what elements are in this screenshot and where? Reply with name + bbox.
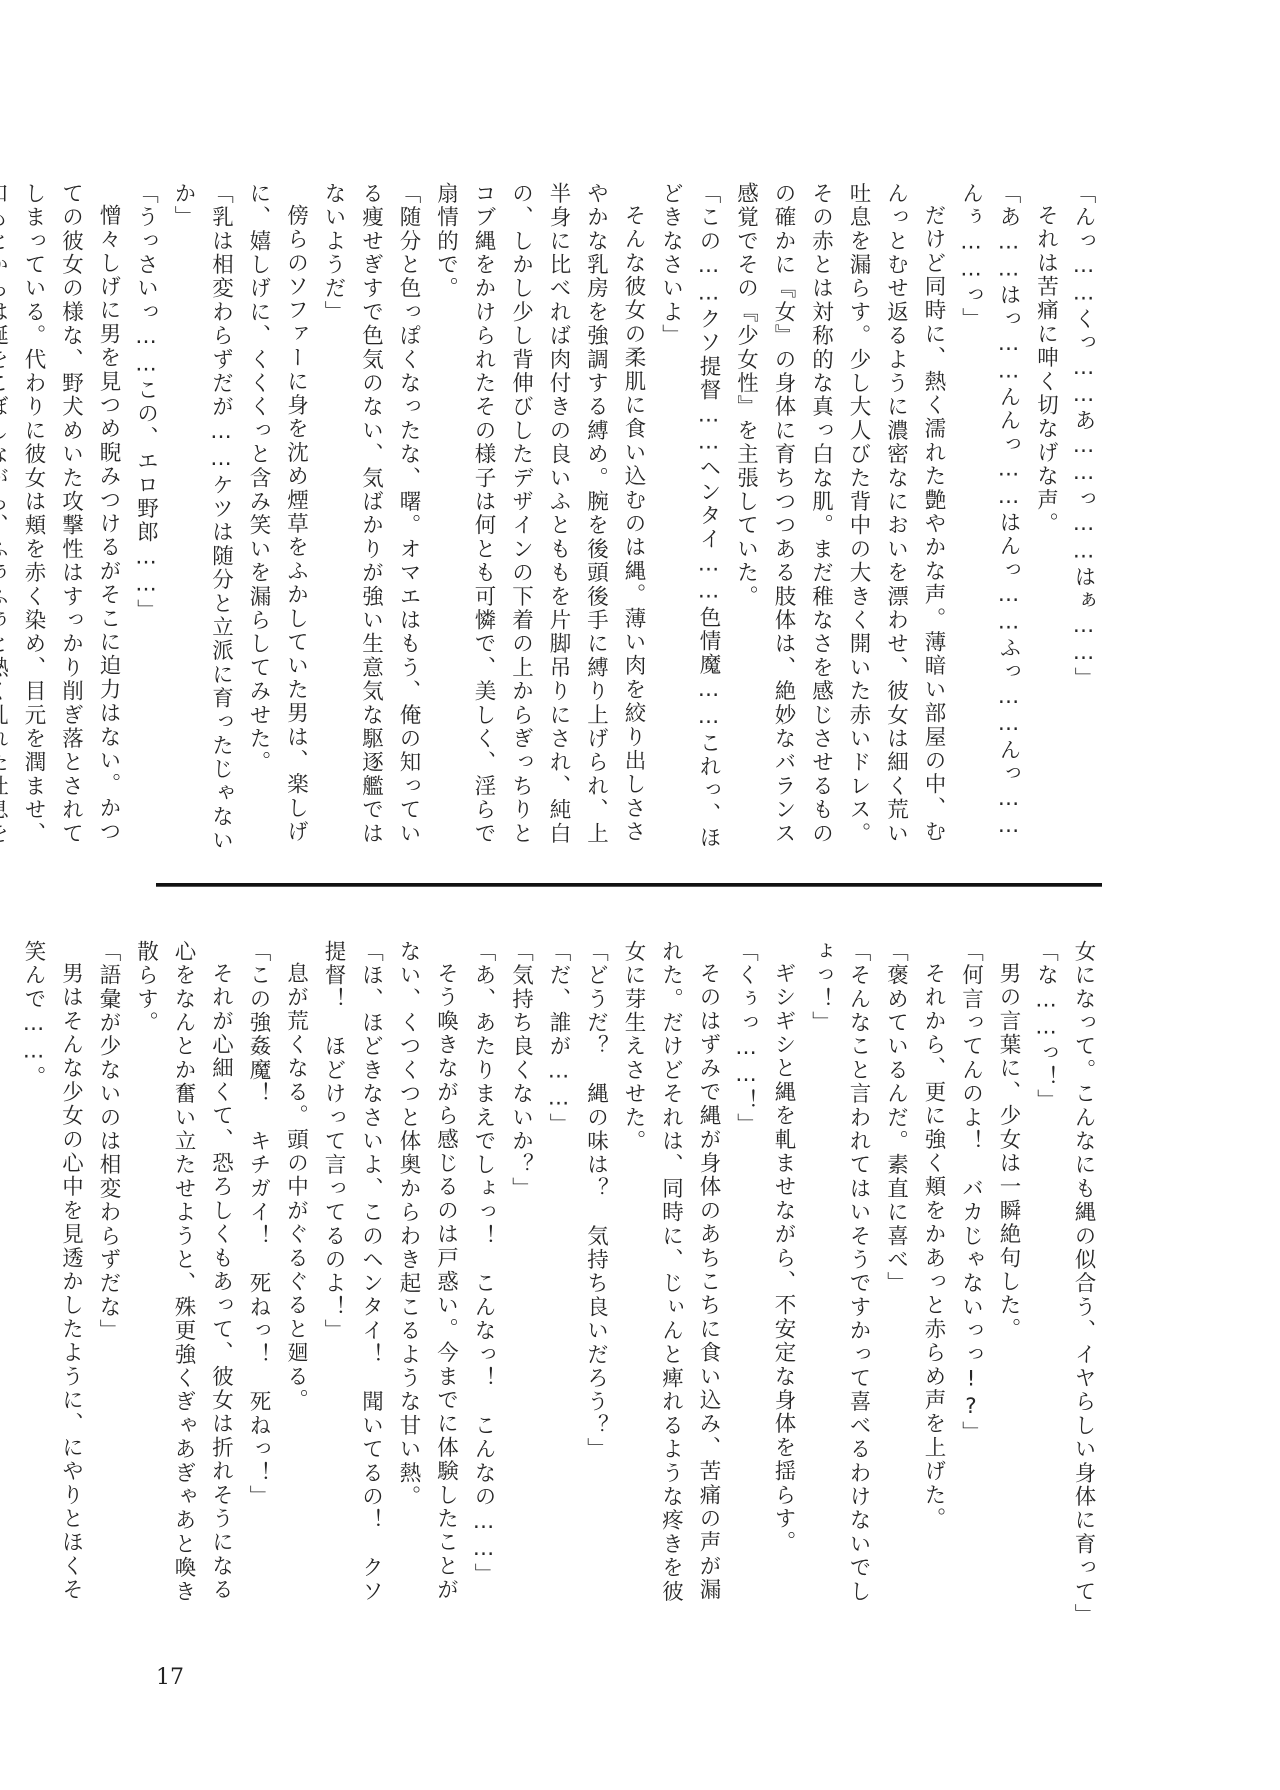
text-block-top: 「んっ……くっ……あ……っ……はぁ……」 それは苦痛に呻く切なげな声。 「あ……… (132, 182, 1102, 862)
novel-page: 「んっ……くっ……あ……っ……はぁ……」 それは苦痛に呻く切なげな声。 「あ……… (0, 0, 1280, 1790)
text-line: 傍らのソファーに身を沈め煙草をふかしていた男は、楽しげに、嬉しげに、くくくっと含… (240, 182, 315, 862)
text-line: 男の言葉に、少女は一瞬絶句した。 (990, 940, 1028, 1620)
text-line: 女になって。こんなにも縄の似合う、イヤらしい身体に育って」 (1065, 940, 1103, 1620)
text-line: 「この強姦魔！ キチガイ！ 死ねっ！ 死ねっ！」 (240, 940, 278, 1620)
text-line: それは苦痛に呻く切なげな声。 (1027, 182, 1065, 862)
text-line: だけど同時に、熱く濡れた艶やかな声。薄暗い部屋の中、むんっとむせ返るように濃密な… (727, 182, 952, 862)
text-line: そんな彼女の柔肌に食い込むのは縄。薄い肉を絞り出しささやかな乳房を強調する縛め。… (427, 182, 652, 862)
page-number: 17 (156, 1665, 184, 1690)
text-line: それが心細くて、恐ろしくもあって、彼女は折れそうになる心をなんとか奮い立たせよう… (127, 940, 240, 1620)
text-line: 「あ……はっ……んんっ……はんっ……ふっ……んっ……んぅ……っ」 (952, 182, 1027, 862)
text-line: 「この……クソ提督……ヘンタイ……色情魔……これっ、ほどきなさいよ」 (652, 182, 727, 862)
text-line: 「語彙が少ないのは相変わらずだな」 (90, 940, 128, 1620)
text-line: 「ほ、ほどきなさいよ、このヘンタイ！ 聞いてるの！ クソ提督！ ほどけって言って… (315, 940, 390, 1620)
text-line: 「何言ってんのよ！ バカじゃないっっ!?」 (952, 940, 990, 1620)
text-line: 「褒めているんだ。素直に喜べ」 (877, 940, 915, 1620)
text-line: 「な……っ！」 (1027, 940, 1065, 1620)
text-line: 「気持ち良くないか？」 (502, 940, 540, 1620)
text-line: 「うっさいっ……この、エロ野郎……」 (127, 182, 165, 862)
section-divider (156, 883, 1102, 887)
text-line: 「随分と色っぽくなったな、曙。オマエはもう、俺の知っている痩せぎすで色気のない、… (315, 182, 428, 862)
text-line: そのはずみで縄が身体のあちこちに食い込み、苦痛の声が漏れた。だけどそれは、同時に… (615, 940, 728, 1620)
text-line: ギシギシと縄を軋ませながら、不安定な身体を揺らす。 (765, 940, 803, 1620)
text-line: 「そんなこと言われてはいそうですかって喜べるわけないでしょっ！」 (802, 940, 877, 1620)
text-line: 「乳は相変わらずだが……ケツは随分と立派に育ったじゃないか」 (165, 182, 240, 862)
text-line: 「どうだ？ 縄の味は？ 気持ち良いだろう？」 (577, 940, 615, 1620)
text-line: 男はそんな少女の心中を見透かしたように、にやりとほくそ笑んで……。 (15, 940, 90, 1620)
text-line: 「くぅっ……！」 (727, 940, 765, 1620)
text-line: 「あ、あたりまえでしょっ！ こんなっ！ こんなの……」 (465, 940, 503, 1620)
text-line: 「んっ……くっ……あ……っ……はぁ……」 (1065, 182, 1103, 862)
text-line: 「だ、誰が……」 (540, 940, 578, 1620)
text-line: それから、更に強く頬をかあっと赤らめ声を上げた。 (915, 940, 953, 1620)
text-line: 息が荒くなる。頭の中がぐるぐると廻る。 (277, 940, 315, 1620)
text-block-bottom: 女になって。こんなにも縄の似合う、イヤらしい身体に育って」 「な……っ！」 男の… (132, 940, 1102, 1620)
text-line: そう喚きながら感じるのは戸惑い。今までに体験したことがない、くつくつと体奥からわ… (390, 940, 465, 1620)
text-line: 憎々しげに男を見つめ睨みつけるがそこに迫力はない。かつての彼女の様な、野犬めいた… (0, 182, 127, 862)
